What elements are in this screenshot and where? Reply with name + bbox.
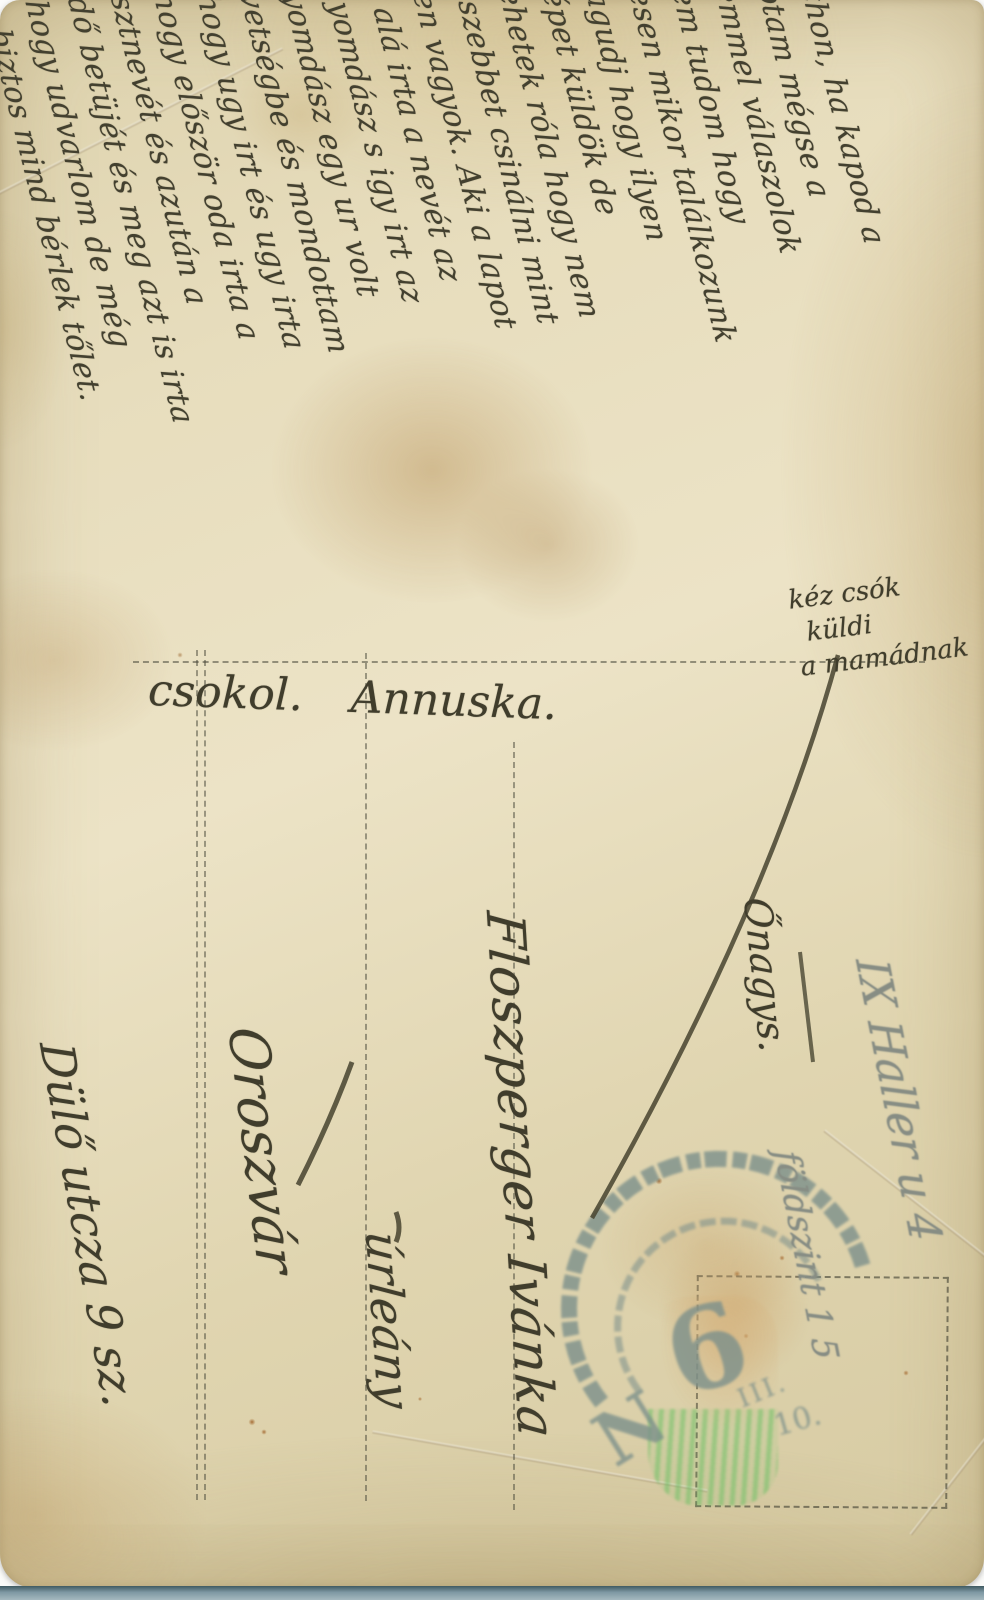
postcard-scan: { "document": { "kind": "Handwritten pos… bbox=[0, 0, 984, 1600]
postcard: 6 N III. 10. Drága otthon, ha kapod a mé… bbox=[0, 0, 984, 1588]
scan-background-strip bbox=[0, 1586, 984, 1600]
